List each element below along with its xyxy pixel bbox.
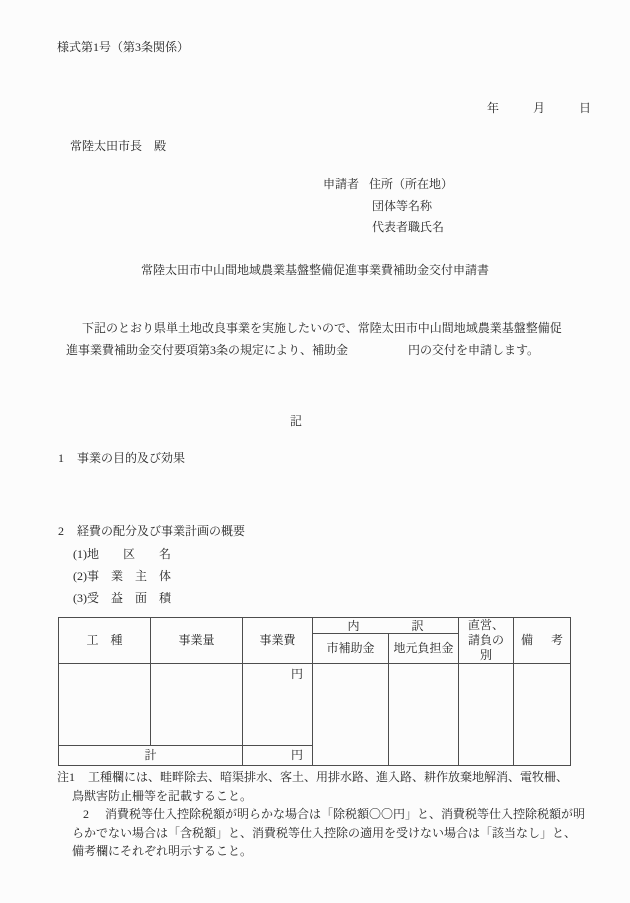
cost-table: 工 種 事業量 事業費 内 訳 直営、 請負の 別 備 — [58, 617, 571, 766]
applicant-line-address: 申請者住所（所在地） — [323, 174, 453, 196]
remarks-label-left: 備 — [521, 633, 533, 648]
cell-remarks-blank — [514, 664, 571, 766]
section-1-title: 事業の目的及び効果 — [77, 451, 185, 465]
note-1-text: 工種欄には、畦畔除去、暗渠排水、客土、用排水路、進入路、耕作放棄地解消、電牧柵、 — [88, 770, 568, 784]
note-2-text: 消費税等仕入控除税額が明らかな場合は「除税額〇〇円」と、消費税等仕入控除税額が明 — [105, 807, 585, 821]
date-month-label: 月 — [533, 101, 545, 116]
total-cost-yen-unit: 円 — [243, 746, 313, 766]
section-2-title: 経費の配分及び事業計画の概要 — [77, 524, 245, 538]
section-2-number: 2 — [58, 524, 64, 538]
note-1-line-1: 注1工種欄には、畦畔除去、暗渠排水、客土、用排水路、進入路、耕作放棄地解消、電牧… — [57, 770, 568, 785]
note-2-line-1: 2消費税等仕入控除税額が明らかな場合は「除税額〇〇円」と、消費税等仕入控除税額が… — [83, 807, 585, 822]
cell-city-subsidy-blank — [313, 664, 389, 766]
col-header-remarks: 備 考 — [514, 618, 571, 664]
cell-quantity-blank — [151, 664, 243, 746]
note-1-label: 注1 — [57, 770, 75, 784]
note-2-label: 2 — [83, 807, 89, 821]
section-2: 2経費の配分及び事業計画の概要 — [58, 524, 245, 539]
breakdown-label-left: 内 — [347, 619, 359, 633]
note-2-line-2: らかでない場合は「含税額」と、消費税等仕入控除の適用を受けない場合は「該当なし」… — [72, 826, 576, 841]
ops-type-line3: 別 — [459, 648, 513, 663]
col-header-work-kind: 工 種 — [59, 618, 151, 664]
col-header-ops-type: 直営、 請負の 別 — [459, 618, 514, 664]
date-day-label: 日 — [579, 101, 591, 116]
section-1: 1事業の目的及び効果 — [58, 451, 185, 466]
col-header-quantity: 事業量 — [151, 618, 243, 664]
cost-table-wrapper: 工 種 事業量 事業費 内 訳 直営、 請負の 別 備 — [58, 617, 571, 766]
document-title: 常陸太田市中山間地域農業基盤整備促進事業費補助金交付申請書 — [0, 263, 630, 278]
note-1-line-2: 鳥獣害防止柵等を記載すること。 — [72, 789, 252, 804]
addressee: 常陸太田市長 殿 — [70, 139, 166, 154]
ops-type-line2: 請負の — [459, 633, 513, 648]
section-2-item-entity: (2)事 業 主 体 — [73, 569, 171, 584]
date-year-label: 年 — [487, 101, 499, 116]
cell-work-kind-blank — [59, 664, 151, 746]
applicant-org-name-label: 団体等名称 — [323, 196, 453, 218]
form-number: 様式第1号（第3条関係） — [57, 40, 189, 55]
applicant-address-label: 住所（所在地） — [369, 177, 453, 191]
breakdown-label-right: 訳 — [412, 619, 424, 633]
cell-local-burden-blank — [389, 664, 459, 766]
note-2-line-3: 備考欄にそれぞれ明示すること。 — [72, 844, 252, 859]
body-line2-pre: 進事業費補助金交付要項第3条の規定により、補助金 — [66, 343, 348, 357]
col-header-city-subsidy: 市補助金 — [313, 634, 389, 664]
form-page: 様式第1号（第3条関係） 年 月 日 常陸太田市長 殿 申請者住所（所在地） 団… — [0, 0, 630, 903]
section-1-number: 1 — [58, 451, 64, 465]
ops-type-line1: 直営、 — [459, 618, 513, 633]
applicant-representative-label: 代表者職氏名 — [323, 217, 453, 239]
applicant-block: 申請者住所（所在地） 団体等名称 代表者職氏名 — [323, 174, 453, 239]
total-row-label: 計 — [59, 746, 243, 766]
col-header-local-burden: 地元負担金 — [389, 634, 459, 664]
col-header-breakdown: 内 訳 — [313, 618, 459, 634]
section-2-item-area: (3)受 益 面 積 — [73, 591, 171, 606]
cell-ops-type-blank — [459, 664, 514, 766]
date-line: 年 月 日 — [487, 101, 591, 116]
ki-heading: 記 — [290, 414, 302, 429]
body-line2-post: 円の交付を申請します。 — [408, 343, 539, 357]
body-paragraph-line1: 下記のとおり県単土地改良事業を実施したいので、常陸太田市中山間地域農業基盤整備促 — [82, 321, 562, 336]
col-header-cost: 事業費 — [243, 618, 313, 664]
body-paragraph-line2: 進事業費補助金交付要項第3条の規定により、補助金円の交付を申請します。 — [66, 343, 539, 358]
cell-cost-yen-unit: 円 — [243, 664, 313, 746]
section-2-item-district: (1)地 区 名 — [73, 547, 171, 562]
applicant-label: 申請者 — [323, 177, 359, 191]
remarks-label-right: 考 — [551, 633, 563, 648]
